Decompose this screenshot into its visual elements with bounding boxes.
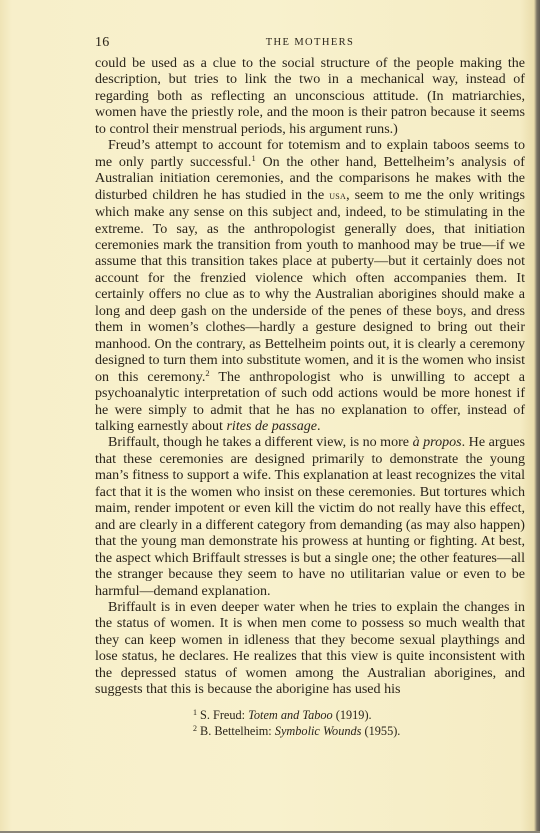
paragraph: Briffault, though he takes a different v…: [95, 434, 525, 599]
footnote-year: (1955).: [361, 724, 400, 738]
footnote: 2B. Bettelheim: Symbolic Wounds (1955).: [193, 722, 525, 739]
text-run: . He argues that these ceremonies are de…: [95, 434, 525, 598]
footnote-mark: 2: [193, 724, 197, 733]
text-run: could be used as a clue to the social st…: [95, 55, 525, 137]
running-title: THE MOTHERS: [95, 37, 525, 48]
book-page: 16 THE MOTHERS could be used as a clue t…: [0, 0, 540, 833]
footnote-author: S. Freud:: [200, 708, 248, 722]
text-run: Briffault, though he takes a different v…: [108, 434, 413, 450]
text-run: , seem to me the only writings which mak…: [95, 187, 525, 385]
footnote-author: B. Bettelheim:: [200, 724, 275, 738]
footnote: 1S. Freud: Totem and Taboo (1919).: [193, 706, 525, 723]
footnotes: 1S. Freud: Totem and Taboo (1919). 2B. B…: [95, 706, 525, 739]
running-head: 16 THE MOTHERS: [95, 33, 525, 55]
footnote-title: Symbolic Wounds: [275, 724, 362, 738]
italic-phrase: rites de passage: [226, 418, 317, 434]
paragraph: could be used as a clue to the social st…: [95, 55, 525, 137]
body-text: could be used as a clue to the social st…: [95, 55, 525, 698]
text-run: .: [317, 418, 321, 434]
paragraph: Briffault is in even deeper water when h…: [95, 599, 525, 698]
smallcaps-abbreviation: usa: [329, 190, 346, 202]
footnote-title: Totem and Taboo: [248, 708, 333, 722]
page-content: 16 THE MOTHERS could be used as a clue t…: [95, 33, 525, 739]
footnote-mark: 1: [193, 708, 197, 717]
text-run: Briffault is in even deeper water when h…: [95, 599, 525, 697]
italic-phrase: à propos: [413, 434, 462, 450]
footnote-year: (1919).: [333, 708, 372, 722]
paragraph: Freud’s attempt to account for totemism …: [95, 137, 525, 434]
